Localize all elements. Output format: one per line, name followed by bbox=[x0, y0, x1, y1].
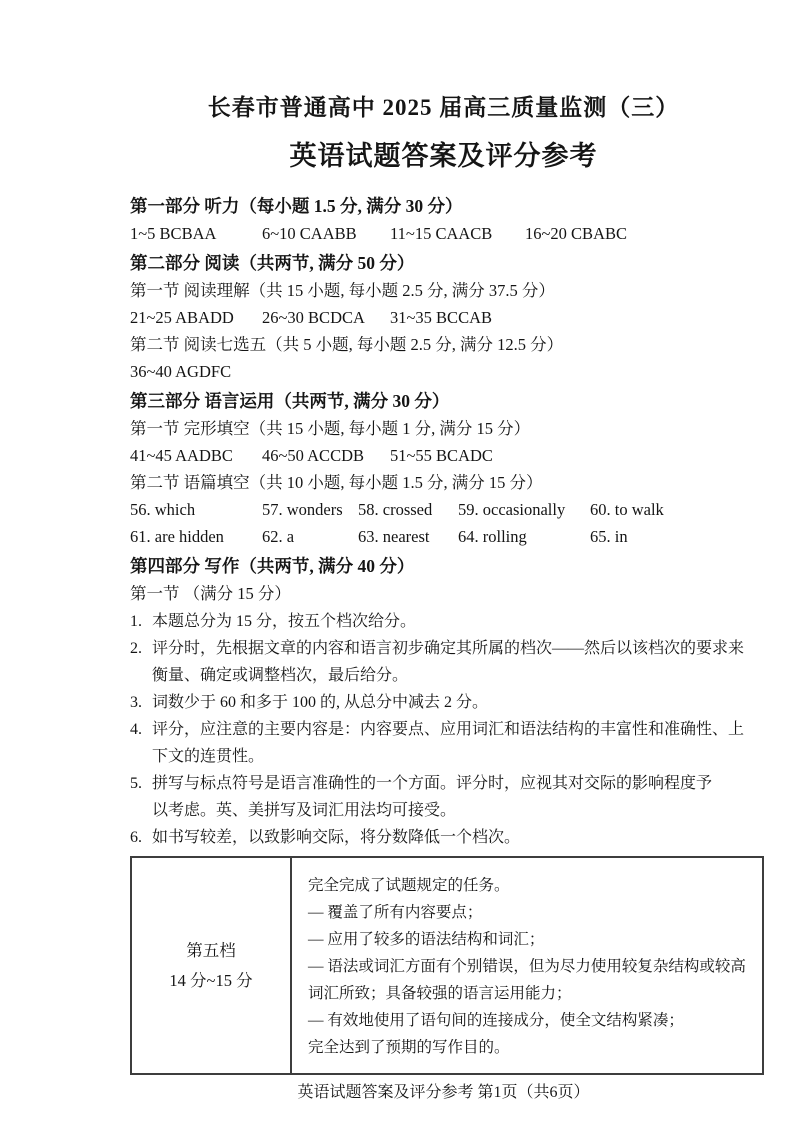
note-body: 本题总分为 15 分，按五个档次给分。 bbox=[152, 608, 757, 635]
note-line: 词数少于 60 和多于 100 的, 从总分中减去 2 分。 bbox=[152, 689, 757, 716]
answer-group: 1~5 BCBAA bbox=[130, 220, 262, 247]
note-line: 衡量、确定或调整档次，最后给分。 bbox=[152, 662, 757, 689]
answer-item: 64. rolling bbox=[458, 523, 590, 550]
note-number: 5. bbox=[130, 770, 152, 824]
part2-section1-heading: 第一节 阅读理解（共 15 小题, 每小题 2.5 分, 满分 37.5 分） bbox=[130, 277, 757, 304]
note-body: 如书写较差，以致影响交际，将分数降低一个档次。 bbox=[152, 824, 757, 851]
answer-item: 58. crossed bbox=[358, 496, 458, 523]
rubric-table: 第五档 14 分~15 分 完全完成了试题规定的任务。 — 覆盖了所有内容要点；… bbox=[130, 856, 764, 1075]
answer-item: 56. which bbox=[130, 496, 262, 523]
part2-section2-answer-row: 36~40 AGDFC bbox=[130, 358, 757, 385]
note-line: 评分时，先根据文章的内容和语言初步确定其所属的档次——然后以该档次的要求来 bbox=[152, 635, 757, 662]
rubric-level-score: 14 分~15 分 bbox=[133, 966, 289, 996]
answer-group: 46~50 ACCDB bbox=[262, 442, 390, 469]
rubric-criteria-line: — 覆盖了所有内容要点； bbox=[308, 899, 756, 926]
note-number: 6. bbox=[130, 824, 152, 851]
answer-group: 36~40 AGDFC bbox=[130, 358, 231, 385]
answer-group: 26~30 BCDCA bbox=[262, 304, 390, 331]
note-body: 拼写与标点符号是语言准确性的一个方面。评分时，应视其对交际的影响程度予 以考虑。… bbox=[152, 770, 757, 824]
part3-section2-answer-row-2: 61. are hidden62. a63. nearest64. rollin… bbox=[130, 523, 757, 550]
part2-heading: 第二部分 阅读（共两节, 满分 50 分） bbox=[130, 250, 757, 277]
grading-note: 1. 本题总分为 15 分，按五个档次给分。 bbox=[130, 608, 757, 635]
grading-note: 3. 词数少于 60 和多于 100 的, 从总分中减去 2 分。 bbox=[130, 689, 757, 716]
part2-section2-heading: 第二节 阅读七选五（共 5 小题, 每小题 2.5 分, 满分 12.5 分） bbox=[130, 331, 757, 358]
part3-heading: 第三部分 语言运用（共两节, 满分 30 分） bbox=[130, 388, 757, 415]
answer-group: 21~25 ABADD bbox=[130, 304, 262, 331]
note-body: 词数少于 60 和多于 100 的, 从总分中减去 2 分。 bbox=[152, 689, 757, 716]
rubric-criteria-line: 完全达到了预期的写作目的。 bbox=[308, 1034, 756, 1061]
note-line: 评分，应注意的主要内容是：内容要点、应用词汇和语法结构的丰富性和准确性、上 bbox=[152, 716, 757, 743]
rubric-criteria-cell: 完全完成了试题规定的任务。 — 覆盖了所有内容要点； — 应用了较多的语法结构和… bbox=[291, 857, 763, 1074]
answer-group: 16~20 CBABC bbox=[525, 220, 627, 247]
part3-section1-answer-row: 41~45 AADBC46~50 ACCDB51~55 BCADC bbox=[130, 442, 757, 469]
answer-item: 60. to walk bbox=[590, 496, 664, 523]
rubric-criteria-line: 完全完成了试题规定的任务。 bbox=[308, 872, 756, 899]
exam-answer-document: 长春市普通高中 2025 届高三质量监测（三） 英语试题答案及评分参考 第一部分… bbox=[0, 0, 800, 1129]
document-subtitle: 英语试题答案及评分参考 bbox=[130, 139, 757, 173]
note-number: 1. bbox=[130, 608, 152, 635]
part3-section2-answer-row-1: 56. which57. wonders58. crossed59. occas… bbox=[130, 496, 757, 523]
answer-item: 57. wonders bbox=[262, 496, 358, 523]
document-content: 长春市普通高中 2025 届高三质量监测（三） 英语试题答案及评分参考 第一部分… bbox=[0, 0, 800, 1105]
answer-item: 65. in bbox=[590, 523, 628, 550]
note-number: 2. bbox=[130, 635, 152, 689]
rubric-criteria-line: — 语法或词汇方面有个别错误，但为尽力使用较复杂结构或较高词汇所致；具备较强的语… bbox=[308, 953, 756, 1007]
rubric-level-cell: 第五档 14 分~15 分 bbox=[131, 857, 291, 1074]
note-line: 本题总分为 15 分，按五个档次给分。 bbox=[152, 608, 757, 635]
rubric-level-name: 第五档 bbox=[133, 936, 289, 966]
grading-note: 6. 如书写较差，以致影响交际，将分数降低一个档次。 bbox=[130, 824, 757, 851]
rubric-row: 第五档 14 分~15 分 完全完成了试题规定的任务。 — 覆盖了所有内容要点；… bbox=[131, 857, 763, 1074]
answer-item: 62. a bbox=[262, 523, 358, 550]
answer-group: 6~10 CAABB bbox=[262, 220, 390, 247]
page-footer: 英语试题答案及评分参考 第1页（共6页） bbox=[130, 1081, 757, 1105]
part4-heading: 第四部分 写作（共两节, 满分 40 分） bbox=[130, 553, 757, 580]
part3-section1-heading: 第一节 完形填空（共 15 小题, 每小题 1 分, 满分 15 分） bbox=[130, 415, 757, 442]
note-line: 如书写较差，以致影响交际，将分数降低一个档次。 bbox=[152, 824, 757, 851]
answer-item: 63. nearest bbox=[358, 523, 458, 550]
part2-section1-answer-row: 21~25 ABADD26~30 BCDCA31~35 BCCAB bbox=[130, 304, 757, 331]
answer-group: 31~35 BCCAB bbox=[390, 304, 492, 331]
rubric-criteria-line: — 有效地使用了语句间的连接成分，使全文结构紧凑； bbox=[308, 1007, 756, 1034]
answer-group: 41~45 AADBC bbox=[130, 442, 262, 469]
grading-note: 2. 评分时，先根据文章的内容和语言初步确定其所属的档次——然后以该档次的要求来… bbox=[130, 635, 757, 689]
rubric-criteria-line: — 应用了较多的语法结构和词汇； bbox=[308, 926, 756, 953]
part4-section1-heading: 第一节 （满分 15 分） bbox=[130, 580, 757, 607]
answer-item: 59. occasionally bbox=[458, 496, 590, 523]
grading-notes: 1. 本题总分为 15 分，按五个档次给分。 2. 评分时，先根据文章的内容和语… bbox=[130, 608, 757, 851]
note-body: 评分，应注意的主要内容是：内容要点、应用词汇和语法结构的丰富性和准确性、上 下文… bbox=[152, 716, 757, 770]
document-title: 长春市普通高中 2025 届高三质量监测（三） bbox=[130, 93, 757, 123]
grading-note: 4. 评分，应注意的主要内容是：内容要点、应用词汇和语法结构的丰富性和准确性、上… bbox=[130, 716, 757, 770]
part1-heading: 第一部分 听力（每小题 1.5 分, 满分 30 分） bbox=[130, 193, 757, 220]
note-line: 下文的连贯性。 bbox=[152, 743, 757, 770]
answer-group: 11~15 CAACB bbox=[390, 220, 525, 247]
note-line: 以考虑。英、美拼写及词汇用法均可接受。 bbox=[152, 797, 757, 824]
answer-item: 61. are hidden bbox=[130, 523, 262, 550]
note-number: 3. bbox=[130, 689, 152, 716]
part3-section2-heading: 第二节 语篇填空（共 10 小题, 每小题 1.5 分, 满分 15 分） bbox=[130, 469, 757, 496]
grading-note: 5. 拼写与标点符号是语言准确性的一个方面。评分时，应视其对交际的影响程度予 以… bbox=[130, 770, 757, 824]
note-body: 评分时，先根据文章的内容和语言初步确定其所属的档次——然后以该档次的要求来 衡量… bbox=[152, 635, 757, 689]
part1-answer-row: 1~5 BCBAA6~10 CAABB11~15 CAACB16~20 CBAB… bbox=[130, 220, 757, 247]
answer-group: 51~55 BCADC bbox=[390, 442, 493, 469]
note-line: 拼写与标点符号是语言准确性的一个方面。评分时，应视其对交际的影响程度予 bbox=[152, 770, 757, 797]
note-number: 4. bbox=[130, 716, 152, 770]
